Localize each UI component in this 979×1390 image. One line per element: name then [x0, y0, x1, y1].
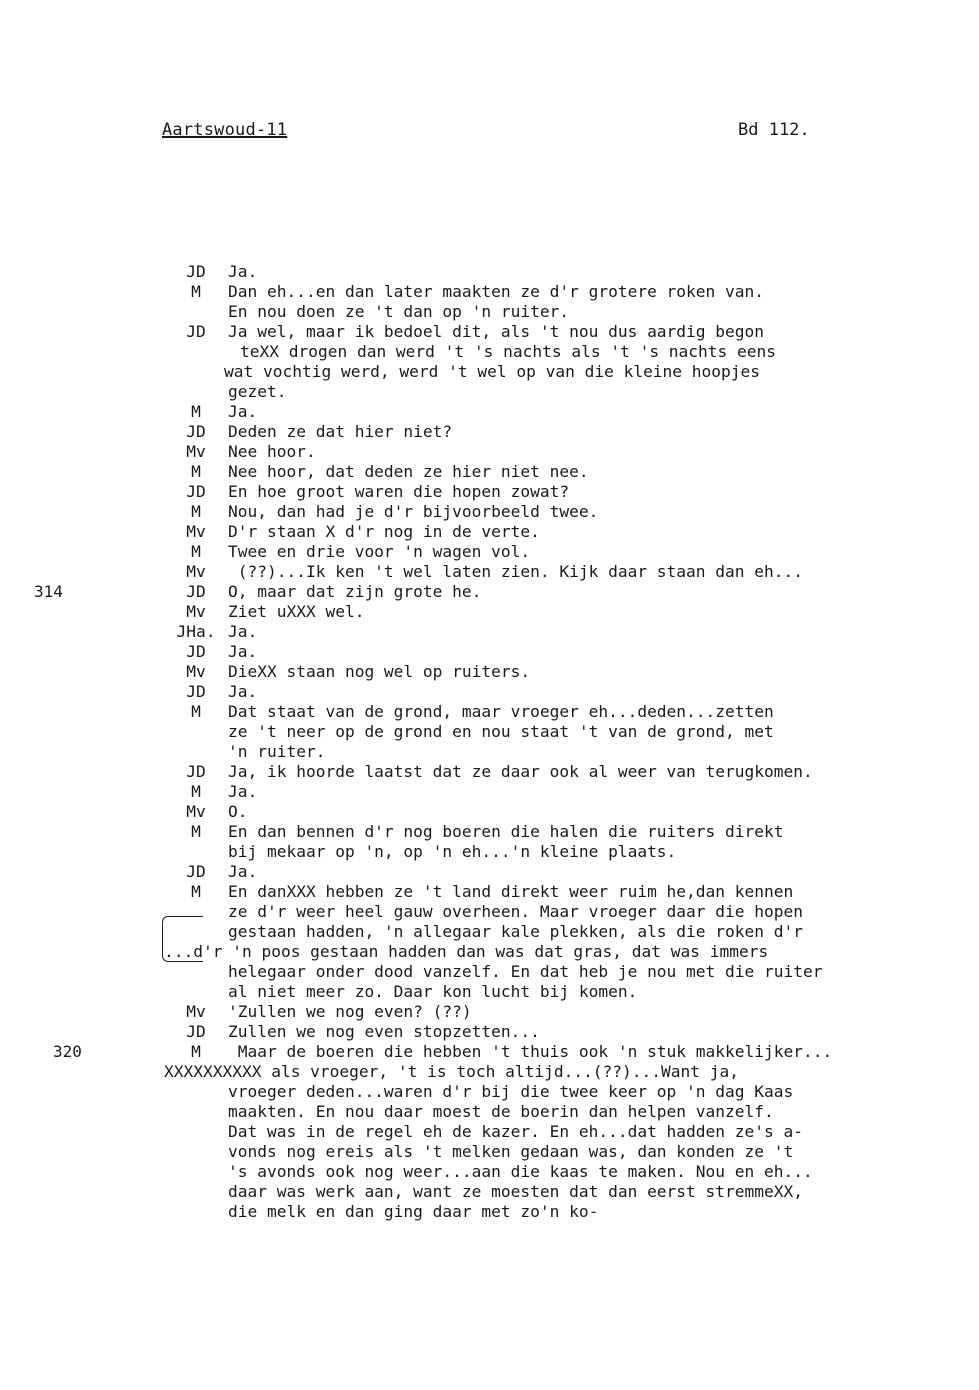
transcript-line: 'n ruiter. [0, 742, 979, 762]
speaker-label: JD [166, 582, 226, 602]
utterance-text: Dat staat van de grond, maar vroeger eh.… [228, 702, 774, 722]
speaker-label: JD [166, 862, 226, 882]
utterance-text: teXX drogen dan werd 't 's nachts als 't… [240, 342, 776, 362]
utterance-text: ze d'r weer heel gauw overheen. Maar vro… [228, 902, 803, 922]
transcript-line: JDJa wel, maar ik bedoel dit, als 't nou… [0, 322, 979, 342]
speaker-label: Mv [166, 1002, 226, 1022]
utterance-text: vonds nog ereis als 't melken gedaan was… [228, 1142, 793, 1162]
speaker-label: Mv [166, 522, 226, 542]
speaker-label: JD [166, 762, 226, 782]
utterance-text: (??)...Ik ken 't wel laten zien. Kijk da… [228, 562, 803, 582]
utterance-text: helegaar onder dood vanzelf. En dat heb … [228, 962, 823, 982]
utterance-text: bij mekaar op 'n, op 'n eh...'n kleine p… [228, 842, 676, 862]
transcript-line: JDJa. [0, 642, 979, 662]
utterance-text: Ja, ik hoorde laatst dat ze daar ook al … [228, 762, 813, 782]
utterance-text: Ja. [228, 622, 257, 642]
transcript-line: JDEn hoe groot waren die hopen zowat? [0, 482, 979, 502]
utterance-text: Nee hoor. [228, 442, 316, 462]
speaker-label: M [166, 462, 226, 482]
speaker-label: JD [166, 1022, 226, 1042]
margin-line-number: 314 [34, 582, 63, 602]
utterance-text: Ja wel, maar ik bedoel dit, als 't nou d… [228, 322, 764, 342]
speaker-label: JD [166, 482, 226, 502]
transcript-line: JDJa. [0, 682, 979, 702]
transcript-line: JDO, maar dat zijn grote he.314 [0, 582, 979, 602]
utterance-text: En hoe groot waren die hopen zowat? [228, 482, 569, 502]
utterance-text: Twee en drie voor 'n wagen vol. [228, 542, 530, 562]
utterance-text: Maar de boeren die hebben 't thuis ook '… [228, 1042, 832, 1062]
transcript-line: ...d'r 'n poos gestaan hadden dan was da… [0, 942, 979, 962]
document-title: Aartswoud-11 [162, 120, 287, 140]
utterance-text: Nou, dan had je d'r bijvoorbeeld twee. [228, 502, 598, 522]
transcript-line: MDat staat van de grond, maar vroeger eh… [0, 702, 979, 722]
utterance-text: Ja. [228, 402, 257, 422]
transcript-line: MJa. [0, 782, 979, 802]
utterance-text: Nee hoor, dat deden ze hier niet nee. [228, 462, 589, 482]
utterance-text: En nou doen ze 't dan op 'n ruiter. [228, 302, 569, 322]
transcript-line: MDan eh...en dan later maakten ze d'r gr… [0, 282, 979, 302]
utterance-text: O. [228, 802, 248, 822]
transcript-line: Mv'Zullen we nog even? (??) [0, 1002, 979, 1022]
utterance-text: D'r staan X d'r nog in de verte. [228, 522, 540, 542]
transcript-line: daar was werk aan, want ze moesten dat d… [0, 1182, 979, 1202]
transcript-line: helegaar onder dood vanzelf. En dat heb … [0, 962, 979, 982]
utterance-text: XXXXXXXXXX als vroeger, 't is toch altij… [164, 1062, 739, 1082]
transcript-line: MEn dan bennen d'r nog boeren die halen … [0, 822, 979, 842]
transcript-line: MvNee hoor. [0, 442, 979, 462]
transcript-line: ze d'r weer heel gauw overheen. Maar vro… [0, 902, 979, 922]
margin-bracket [162, 916, 203, 962]
page-number: Bd 112. [738, 120, 810, 140]
transcript-line: bij mekaar op 'n, op 'n eh...'n kleine p… [0, 842, 979, 862]
speaker-label: Mv [166, 662, 226, 682]
speaker-label: JD [166, 682, 226, 702]
transcript-line: ze 't neer op de grond en nou staat 't v… [0, 722, 979, 742]
utterance-text: Deden ze dat hier niet? [228, 422, 452, 442]
utterance-text: Dat was in de regel eh de kazer. En eh..… [228, 1122, 803, 1142]
transcript-line: wat vochtig werd, werd 't wel op van die… [0, 362, 979, 382]
transcript-line: gezet. [0, 382, 979, 402]
transcript-line: MvD'r staan X d'r nog in de verte. [0, 522, 979, 542]
utterance-text: al niet meer zo. Daar kon lucht bij kome… [228, 982, 637, 1002]
speaker-label: M [166, 822, 226, 842]
transcript-line: vonds nog ereis als 't melken gedaan was… [0, 1142, 979, 1162]
speaker-label: JHa. [166, 622, 226, 642]
utterance-text: Zullen we nog even stopzetten... [228, 1022, 540, 1042]
transcript-line: MNee hoor, dat deden ze hier niet nee. [0, 462, 979, 482]
transcript-line: MNou, dan had je d'r bijvoorbeeld twee. [0, 502, 979, 522]
speaker-label: JD [166, 642, 226, 662]
utterance-text: gestaan hadden, 'n allegaar kale plekken… [228, 922, 803, 942]
transcript-line: JDJa. [0, 262, 979, 282]
utterance-text: Dan eh...en dan later maakten ze d'r gro… [228, 282, 764, 302]
speaker-label: Mv [166, 602, 226, 622]
transcript-line: En nou doen ze 't dan op 'n ruiter. [0, 302, 979, 322]
speaker-label: M [166, 782, 226, 802]
transcript-line: JDZullen we nog even stopzetten... [0, 1022, 979, 1042]
transcript-line: MvO. [0, 802, 979, 822]
speaker-label: JD [166, 322, 226, 342]
utterance-text: Ja. [228, 682, 257, 702]
utterance-text: En dan bennen d'r nog boeren die halen d… [228, 822, 784, 842]
transcript-line: MEn danXXX hebben ze 't land direkt weer… [0, 882, 979, 902]
speaker-label: M [166, 502, 226, 522]
transcript-line: MvZiet uXXX wel. [0, 602, 979, 622]
utterance-text: En danXXX hebben ze 't land direkt weer … [228, 882, 793, 902]
transcript-line: MvDieXX staan nog wel op ruiters. [0, 662, 979, 682]
utterance-text: ...d'r 'n poos gestaan hadden dan was da… [164, 942, 768, 962]
utterance-text: 'Zullen we nog even? (??) [228, 1002, 472, 1022]
transcript-line: XXXXXXXXXX als vroeger, 't is toch altij… [0, 1062, 979, 1082]
transcript-line: teXX drogen dan werd 't 's nachts als 't… [0, 342, 979, 362]
speaker-label: M [166, 402, 226, 422]
transcript-line: JDJa, ik hoorde laatst dat ze daar ook a… [0, 762, 979, 782]
utterance-text: ze 't neer op de grond en nou staat 't v… [228, 722, 774, 742]
speaker-label: Mv [166, 562, 226, 582]
utterance-text: DieXX staan nog wel op ruiters. [228, 662, 530, 682]
transcript-line: maakten. En nou daar moest de boerin dan… [0, 1102, 979, 1122]
speaker-label: M [166, 702, 226, 722]
speaker-label: M [166, 542, 226, 562]
utterance-text: daar was werk aan, want ze moesten dat d… [228, 1182, 803, 1202]
transcript-line: JHa.Ja. [0, 622, 979, 642]
utterance-text: wat vochtig werd, werd 't wel op van die… [224, 362, 760, 382]
utterance-text: Ja. [228, 862, 257, 882]
speaker-label: M [166, 882, 226, 902]
utterance-text: Ja. [228, 642, 257, 662]
transcript-line: JDJa. [0, 862, 979, 882]
transcript-line: MTwee en drie voor 'n wagen vol. [0, 542, 979, 562]
utterance-text: 's avonds ook nog weer...aan die kaas te… [228, 1162, 813, 1182]
speaker-label: Mv [166, 442, 226, 462]
utterance-text: Ja. [228, 262, 257, 282]
margin-line-number: 320 [53, 1042, 82, 1062]
transcript-line: MJa. [0, 402, 979, 422]
transcript-line: 's avonds ook nog weer...aan die kaas te… [0, 1162, 979, 1182]
utterance-text: Ziet uXXX wel. [228, 602, 364, 622]
transcript-line: al niet meer zo. Daar kon lucht bij kome… [0, 982, 979, 1002]
utterance-text: 'n ruiter. [228, 742, 325, 762]
transcript-line: JDDeden ze dat hier niet? [0, 422, 979, 442]
utterance-text: maakten. En nou daar moest de boerin dan… [228, 1102, 774, 1122]
speaker-label: M [166, 282, 226, 302]
speaker-label: Mv [166, 802, 226, 822]
speaker-label: M [166, 1042, 226, 1062]
utterance-text: O, maar dat zijn grote he. [228, 582, 481, 602]
transcript-line: M Maar de boeren die hebben 't thuis ook… [0, 1042, 979, 1062]
transcript-line: Mv (??)...Ik ken 't wel laten zien. Kijk… [0, 562, 979, 582]
speaker-label: JD [166, 422, 226, 442]
utterance-text: gezet. [228, 382, 286, 402]
transcript-line: vroeger deden...waren d'r bij die twee k… [0, 1082, 979, 1102]
transcript-line: gestaan hadden, 'n allegaar kale plekken… [0, 922, 979, 942]
speaker-label: JD [166, 262, 226, 282]
transcript: JDJa.MDan eh...en dan later maakten ze d… [0, 262, 979, 1222]
utterance-text: vroeger deden...waren d'r bij die twee k… [228, 1082, 793, 1102]
transcript-line: Dat was in de regel eh de kazer. En eh..… [0, 1122, 979, 1142]
transcript-line: die melk en dan ging daar met zo'n ko- [0, 1202, 979, 1222]
utterance-text: die melk en dan ging daar met zo'n ko- [228, 1202, 598, 1222]
utterance-text: Ja. [228, 782, 257, 802]
